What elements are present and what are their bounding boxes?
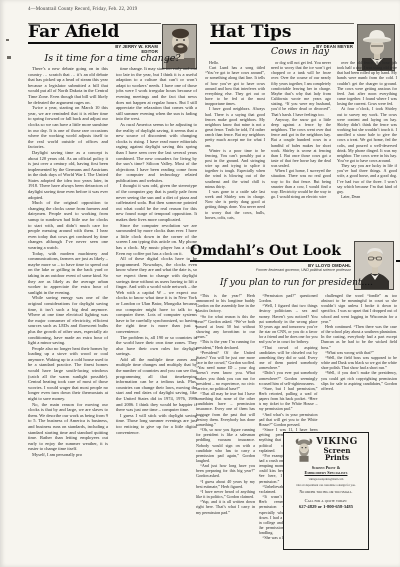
masthead-line: 4—Mountrail County Record, Friday, Feb. … — [28, 7, 137, 12]
paragraph: I guess I will stick with daylight savin… — [116, 413, 197, 435]
paragraph: I was gone to a cattle sale last week an… — [205, 189, 265, 220]
paragraph: While saving energy was one of the origi… — [28, 295, 108, 345]
paragraph: I thought it was odd, given the stereoty… — [116, 183, 197, 222]
paragraph: Twice a year, starting on March 10 this … — [28, 105, 108, 150]
paragraph: “That all may be true but I have somethi… — [196, 391, 255, 427]
paragraph: “Well, if you don’t make the presidency,… — [321, 370, 397, 391]
paragraph: “Yup, and it is all written down right h… — [196, 499, 255, 514]
ad-contact-email[interactable]: vikingscreenprints@mail.com — [286, 478, 366, 482]
article-column: over the old fence. An hour job took hal… — [337, 60, 397, 244]
paragraph: “And just how long have you been prepari… — [196, 463, 255, 478]
newspaper-page: 4—Mountrail County Record, Friday, Feb. … — [0, 0, 400, 567]
paragraph: challenged the word “fondle” as too abst… — [321, 293, 397, 324]
paragraph: No, the main reason for moving our clock… — [28, 402, 108, 452]
paragraph: Add all the multiple time zones and mult… — [116, 357, 197, 413]
paragraph: over the old fence. An hour job took hal… — [337, 60, 397, 106]
paragraph: They say you are lucky in life if you’ve… — [337, 163, 397, 194]
paragraph: Herb continued. “Then there was the case… — [321, 324, 397, 350]
paragraph: “So for what reason is this the year?” G… — [196, 314, 255, 340]
omdahl-article: “This is the year!” Herb announced to hi… — [196, 293, 397, 561]
paragraph: “Sure, but I had permission,” Herb retor… — [259, 386, 318, 412]
paragraph: Later, Dean — [337, 194, 397, 199]
article-column: time change. It may start too early and … — [116, 66, 197, 548]
paragraph: “Well, I figured that two things destroy… — [259, 303, 318, 344]
ad-note1: Our art department can customize a desig… — [286, 484, 366, 488]
paragraph: At four o’clock, I took Shirley out to s… — [337, 106, 397, 163]
ad-note2: No order too big or too small. — [286, 490, 366, 494]
paragraph: Much of the original opposition to chang… — [28, 200, 108, 250]
paragraph: As rural America seems to be adjusting t… — [116, 122, 197, 184]
paragraph: Winter is a poor time to be fencing. You… — [205, 148, 265, 189]
hat-tips-article: Hello.Curt Lund has a song titled “You’v… — [205, 60, 397, 244]
paragraph: “Didn’t you ever put somebody somewhere?… — [259, 370, 318, 385]
paragraph: or dog will not get fed. You never need … — [271, 60, 331, 117]
paragraph: Myself, I am personally pro — [28, 452, 108, 458]
article-column: There’s a new debate going on in this co… — [28, 66, 108, 548]
article-column: challenged the word “fondle” as too abst… — [321, 293, 397, 427]
paragraph: “Permission pad?” questioned Gordon. — [259, 293, 318, 303]
omdahl-byline: BY LLOYD OMDAHL — [230, 263, 351, 268]
viking-mascot-icon — [294, 436, 314, 463]
ad-cta: Call for a quote today: — [286, 498, 366, 503]
article-column: Hello.Curt Lund has a song titled “You’v… — [205, 60, 265, 244]
scan-artifact — [6, 39, 9, 41]
omdahl-section-title: Omdahl’s Out Look — [190, 244, 341, 259]
paragraph: Since the computer revolution we are sur… — [116, 223, 197, 257]
paragraph: When I got home, I surveyed the situatio… — [271, 168, 331, 199]
hat-tips-section-title: Hat Tips — [210, 24, 291, 41]
article-column-with-ad: challenged the word “fondle” as too abst… — [321, 293, 397, 561]
far-afield-headline: Is it time for a time change? — [30, 53, 195, 64]
far-afield-byline: BY JERRY W. KRAM EDITOR — [66, 44, 158, 54]
ad-tagline2: Embroidery Specialists — [286, 470, 366, 475]
viking-screen-prints-ad[interactable]: VIKING Screen Prints Screen Print & Embr… — [283, 432, 369, 550]
ad-brand-row: VIKING Screen Prints — [286, 436, 366, 463]
omdahl-byline-sub: Former lieutenant governor, UND politica… — [180, 268, 351, 272]
article-column: “This is the year!” Herb announced to hi… — [196, 293, 255, 561]
ad-brand-name3: Prints — [316, 454, 358, 461]
omdahl-headline: If you plan to run for president.... — [196, 278, 397, 288]
ad-brand-text: VIKING Screen Prints — [316, 438, 358, 461]
paragraph: Daylight saving time as a concept is abo… — [28, 150, 108, 200]
paragraph: People also no longer heat their homes b… — [28, 346, 108, 402]
paragraph: Curt Lund has a song titled “You’ve got … — [205, 65, 265, 106]
scan-artifact — [7, 56, 11, 59]
far-afield-section-title: Far Afield — [28, 24, 119, 41]
paragraph: time change. It may start too early and … — [116, 66, 197, 122]
ad-phone-number[interactable]: 627-4829 or 1-800-658-3485 — [286, 504, 366, 509]
paragraph: “Well, the field boss was supposed to be… — [321, 355, 397, 370]
paragraph: “This is the year!” Herb announced to hi… — [196, 293, 255, 314]
hat-tips-headline: Cows in hay — [225, 46, 375, 57]
paragraph: “Oh, so now you figure running for presi… — [196, 427, 255, 463]
paragraph: “I guess about 40 years by my best estim… — [196, 479, 255, 489]
paragraph: “That crowd of aspiring candidates will … — [259, 345, 318, 371]
paragraph: Today, with modern machinery and communi… — [28, 251, 108, 296]
paragraph: The problem is, all 190 or so countries … — [116, 335, 197, 357]
paragraph: “I have never heard of anything like it … — [196, 489, 255, 499]
paragraph: I have good neighbors. Always had. There… — [205, 106, 265, 147]
omdahl-rule-right — [396, 260, 400, 262]
article-column: or dog will not get fed. You never need … — [271, 60, 331, 244]
paragraph: There’s a new debate going on in this co… — [28, 66, 108, 105]
paragraph: Anyway, the snow got a little deep again… — [271, 117, 331, 169]
paragraph: “This is the year I’m running for presid… — [196, 339, 255, 349]
paragraph: “President? Of the United States? You wi… — [196, 350, 255, 391]
paragraph: “And what’s in your permission pad that … — [259, 412, 318, 427]
far-afield-article: There’s a new debate going on in this co… — [28, 66, 197, 548]
